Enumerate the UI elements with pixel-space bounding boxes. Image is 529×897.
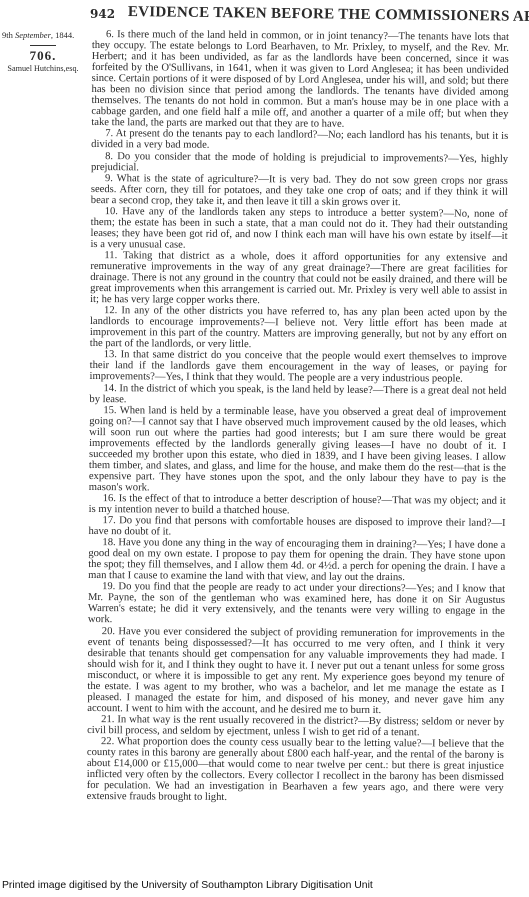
question-answer: 16. Is the effect of that to introduce a… [89,493,506,518]
hearing-date: 9th September, 1844. [0,30,86,40]
question-answer: 6. Is there much of the land held in com… [91,29,509,131]
testimony-body: 6. Is there much of the land held in com… [87,29,509,805]
question-answer: 21. In what way is the rent usually reco… [87,714,504,739]
question-answer: 8. Do you consider that the mode of hold… [91,151,508,176]
margin-rule [30,45,56,46]
question-answer: 7. At present do the tenants pay to each… [91,128,508,153]
question-answer: 9. What is the state of agriculture?—It … [91,173,508,209]
date-month: September [15,30,51,40]
question-answer: 18. Have you done any thing in the way o… [88,537,505,584]
date-day: 9th [2,30,13,40]
page-number: 942 [90,7,115,21]
question-answer: 19. Do you find that the people are read… [88,581,505,628]
question-answer: 14. In the district of which you speak, … [89,382,506,407]
witness-name: Samuel Hutchins,esq. [0,64,86,73]
date-year: , 1844. [51,30,74,40]
question-answer: 11. Taking that district as a whole, doe… [90,250,507,308]
margin-note: 9th September, 1844. 706. Samuel Hutchin… [0,30,86,73]
question-answer: 10. Have any of the landlords taken any … [90,206,507,253]
question-answer: 12. In any of the other districts you ha… [90,305,507,352]
question-answer: 15. When land is held by a terminable le… [89,405,507,496]
witness-number: 706. [0,48,86,64]
question-answer: 13. In that same district do you conceiv… [90,349,507,385]
digitisation-credit: Printed image digitised by the Universit… [2,880,373,891]
running-head: EVIDENCE TAKEN BEFORE THE COMMISSIONERS … [128,4,528,26]
question-answer: 22. What proportion does the county cess… [87,736,504,805]
question-answer: 20. Have you ever considered the subject… [87,626,505,717]
question-answer: 17. Do you find that persons with comfor… [88,515,505,540]
